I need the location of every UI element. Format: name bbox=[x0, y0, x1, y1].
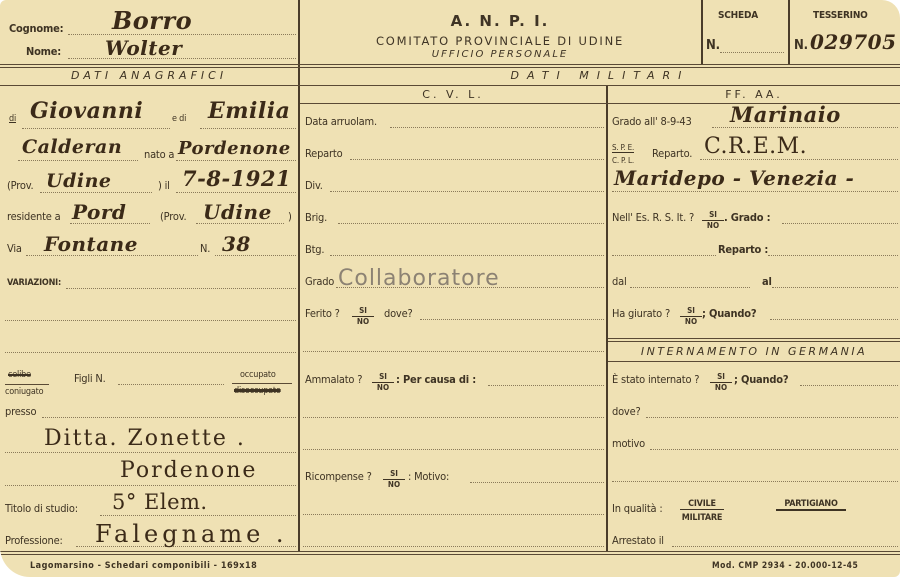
res-prov-label: (Prov. bbox=[160, 210, 186, 223]
cognome-label: Cognome: bbox=[9, 22, 63, 35]
divider-left bbox=[298, 0, 300, 552]
birth-date-value: 7-8-1921 bbox=[182, 166, 291, 191]
rule-footer bbox=[0, 551, 900, 555]
dati-militari-title: DATI MILITARI bbox=[300, 69, 900, 82]
variazioni-label: VARIAZIONI: bbox=[7, 278, 61, 288]
internamento-dove-label: dove? bbox=[612, 405, 641, 418]
cvl-blank-line-5 bbox=[303, 546, 604, 547]
presso-line-3 bbox=[5, 485, 296, 486]
cognome-value: Borro bbox=[112, 6, 192, 35]
arrestato-line bbox=[672, 546, 898, 547]
internamento-dove-line bbox=[646, 417, 898, 418]
internato-quando-label: ; Quando? bbox=[734, 373, 788, 386]
birth-prov-value: Udine bbox=[46, 170, 111, 192]
ferito-dove-line bbox=[420, 319, 604, 320]
presso-value-line1: Ditta. Zonette . bbox=[44, 426, 246, 451]
titolo-value: 5° Elem. bbox=[112, 490, 208, 514]
cvl-blank-line-3 bbox=[303, 449, 604, 450]
ffaa-reparto-line-2 bbox=[612, 191, 898, 192]
nato-label: nato a bbox=[144, 148, 174, 161]
dati-anagrafici-title: DATI ANAGRAFICI bbox=[0, 69, 298, 82]
ferito-label: Ferito ? bbox=[305, 307, 340, 320]
militare-label: MILITARE bbox=[678, 513, 726, 523]
giurato-quando-label: ; Quando? bbox=[702, 307, 756, 320]
tesserino-n-value: 029705 bbox=[810, 30, 897, 54]
num-label: N. bbox=[200, 242, 210, 255]
tesserino-label: TESSERINO bbox=[813, 10, 868, 21]
variazioni-line-1 bbox=[66, 288, 296, 289]
presso-line-1 bbox=[42, 417, 296, 418]
giurato-quando-line bbox=[770, 319, 898, 320]
org-office: UFFICIO PERSONALE bbox=[300, 49, 700, 60]
ricompense-si-no: SINO bbox=[383, 469, 405, 490]
org-title: A. N. P. I. bbox=[300, 12, 700, 30]
footer-printer: Lagomarsino - Schedari componibili - 169… bbox=[30, 561, 257, 571]
mother-last-line bbox=[18, 160, 138, 161]
residence-value: Pord bbox=[72, 200, 126, 224]
titolo-line bbox=[100, 515, 296, 516]
dal-label: dal bbox=[612, 275, 627, 288]
ffaa-reparto-value: C.R.E.M. bbox=[704, 134, 807, 159]
btg-line bbox=[330, 255, 604, 256]
presso-line-2 bbox=[5, 452, 296, 453]
rsi-reparto-line-left bbox=[612, 255, 716, 256]
dal-line bbox=[630, 287, 750, 288]
birthplace-value: Pordenone bbox=[178, 138, 291, 159]
arrestato-label: Arrestato il bbox=[612, 534, 664, 547]
ffaa-grado-line bbox=[712, 127, 898, 128]
presso-value-line2: Pordenone bbox=[120, 458, 257, 483]
internato-si-no: SINO bbox=[710, 372, 732, 393]
rule-internamento bbox=[608, 338, 900, 342]
ffaa-reparto-value-2: Maridepo - Venezia - bbox=[614, 166, 854, 190]
rsi-reparto-line bbox=[768, 255, 898, 256]
al-label: al bbox=[762, 275, 772, 288]
internamento-motivo-label: motivo bbox=[612, 437, 645, 450]
motivo-line bbox=[470, 482, 604, 483]
il-label: ) il bbox=[158, 179, 170, 192]
e-di-label: e di bbox=[172, 114, 186, 124]
father-value: Giovanni bbox=[30, 98, 143, 124]
rsi-grado-label: . Grado : bbox=[724, 211, 770, 224]
residente-label: residente a bbox=[7, 210, 60, 223]
professione-value: Falegname . bbox=[95, 520, 288, 548]
ffaa-reparto-line bbox=[700, 159, 898, 160]
ffaa-reparto-label: Reparto. bbox=[652, 147, 692, 160]
cvl-grado-label: Grado bbox=[305, 275, 334, 288]
rule-section bbox=[0, 85, 900, 86]
figli-label: Figli N. bbox=[74, 372, 106, 385]
num-value: 38 bbox=[222, 232, 251, 256]
data-arruolam-label: Data arruolam. bbox=[305, 115, 377, 128]
rsi-grado-line bbox=[782, 223, 898, 224]
cvl-reparto-label: Reparto bbox=[305, 147, 342, 160]
scheda-n-line bbox=[720, 52, 784, 53]
res-prov-value: Udine bbox=[203, 200, 272, 224]
scheda-n-label: N. bbox=[706, 38, 720, 53]
birthplace-line bbox=[176, 160, 296, 161]
motivo-label: : Motivo: bbox=[408, 470, 449, 483]
prov-label: (Prov. bbox=[7, 179, 33, 192]
cpl-label: C. P. L. bbox=[612, 156, 634, 165]
rsi-reparto-label: Reparto : bbox=[718, 243, 768, 256]
divider-tesserino bbox=[788, 0, 790, 64]
data-arruolam-line bbox=[390, 127, 604, 128]
occupato-rule bbox=[232, 383, 292, 384]
variazioni-line-2 bbox=[5, 320, 296, 321]
rsi-label: Nell' Es. R. S. It. ? bbox=[612, 211, 694, 224]
footer-model: Mod. CMP 2934 - 20.000-12-45 bbox=[712, 561, 858, 571]
div-label: Div. bbox=[305, 179, 323, 192]
celibe-rule bbox=[5, 384, 49, 385]
internato-label: È stato internato ? bbox=[612, 373, 699, 386]
res-prov-close: ) bbox=[288, 210, 292, 223]
nome-value: Wolter bbox=[105, 36, 182, 60]
div-line bbox=[330, 191, 604, 192]
scheda-label: SCHEDA bbox=[718, 10, 758, 21]
per-causa-label: : Per causa di : bbox=[396, 373, 476, 386]
ffaa-grado-label: Grado all' 8-9-43 bbox=[612, 115, 692, 128]
cvl-reparto-line bbox=[350, 159, 604, 160]
cvl-blank-line-1 bbox=[303, 351, 604, 352]
brig-label: Brig. bbox=[305, 211, 327, 224]
occupato-label: occupato bbox=[240, 370, 276, 380]
titolo-label: Titolo di studio: bbox=[5, 502, 78, 515]
qualita-label: In qualità : bbox=[612, 502, 662, 515]
grado-stamp-collaboratore: Collaboratore bbox=[338, 266, 500, 291]
rule-internamento-bottom bbox=[608, 361, 900, 362]
ricompense-label: Ricompense ? bbox=[305, 470, 372, 483]
di-label: di bbox=[9, 114, 16, 124]
coniugato-label: coniugato bbox=[5, 387, 43, 397]
cvl-blank-line-4 bbox=[303, 514, 604, 515]
internamento-blank-line bbox=[612, 481, 898, 482]
birth-date-line bbox=[176, 192, 296, 193]
birth-prov-line bbox=[40, 192, 152, 193]
mother-last-value: Calderan bbox=[22, 136, 122, 158]
anpi-personnel-card: Cognome: Borro Nome: Wolter A. N. P. I. … bbox=[0, 0, 900, 577]
figli-line bbox=[118, 384, 224, 385]
divider-right bbox=[606, 86, 608, 552]
nome-label: Nome: bbox=[26, 45, 61, 58]
mother-line bbox=[200, 128, 296, 129]
giurato-label: Ha giurato ? bbox=[612, 307, 670, 320]
spe-label: S. P. E. bbox=[612, 143, 634, 153]
brig-line bbox=[338, 223, 604, 224]
internamento-title: INTERNAMENTO IN GERMANIA bbox=[608, 345, 900, 358]
celibe-label: celibe bbox=[8, 370, 31, 380]
per-causa-line bbox=[488, 385, 604, 386]
partigiano-label: PARTIGIANO bbox=[776, 499, 846, 511]
internato-quando-line bbox=[800, 385, 898, 386]
rsi-si-no: SINO bbox=[702, 210, 724, 231]
variazioni-line-3 bbox=[5, 352, 296, 353]
org-subtitle: COMITATO PROVINCIALE DI UDINE bbox=[300, 34, 700, 48]
al-line bbox=[772, 287, 898, 288]
presso-label: presso bbox=[5, 405, 36, 418]
cvl-title: C. V. L. bbox=[300, 88, 606, 101]
father-line bbox=[22, 128, 170, 129]
via-label: Via bbox=[7, 242, 22, 255]
mother-first-value: Emilia bbox=[208, 98, 290, 124]
ferito-dove-label: dove? bbox=[384, 307, 413, 320]
ammalato-label: Ammalato ? bbox=[305, 373, 362, 386]
cvl-blank-line-2 bbox=[303, 417, 604, 418]
ferito-si-no: SINO bbox=[352, 306, 374, 327]
disoccupato-label: disoccupato bbox=[234, 386, 281, 396]
giurato-si-no: SINO bbox=[680, 306, 702, 327]
civile-label: CIVILE bbox=[680, 499, 724, 510]
internamento-motivo-line bbox=[650, 449, 898, 450]
via-value: Fontane bbox=[44, 232, 138, 256]
professione-label: Professione: bbox=[5, 534, 63, 547]
ammalato-si-no: SINO bbox=[372, 372, 394, 393]
ffaa-title: FF. AA. bbox=[608, 88, 900, 101]
tesserino-n-label: N. bbox=[794, 38, 808, 53]
rule-header bbox=[0, 64, 900, 68]
ffaa-grado-value: Marinaio bbox=[730, 102, 841, 127]
btg-label: Btg. bbox=[305, 243, 324, 256]
divider-scheda bbox=[701, 0, 703, 64]
